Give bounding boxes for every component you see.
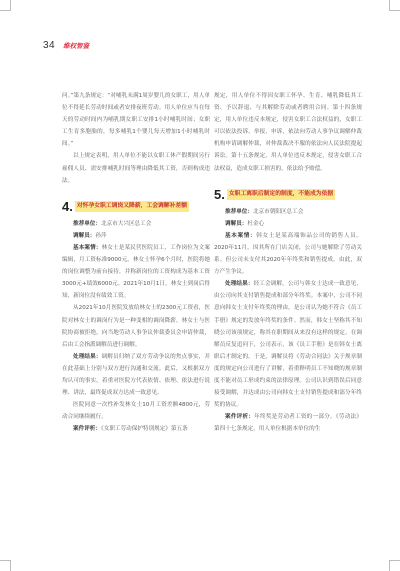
crop-mark-bottom-left	[0, 560, 11, 571]
analysis-label: 案件评析：	[73, 426, 101, 432]
page-number: 34	[43, 40, 55, 51]
mediator-value: 杜金心	[247, 221, 264, 227]
right-column: 规定，用人单位不得因女职工怀孕、生育、哺乳降低其工资、予以辞退、与其解除劳动或者…	[214, 90, 362, 435]
case-number: 5.	[214, 189, 225, 201]
page-header: 34 维权智鉴	[43, 40, 89, 51]
mediator-line: 调解员：杜金心	[214, 218, 362, 230]
result-label: 处理结果：	[225, 281, 254, 287]
case-heading: 4. 对怀孕女职工调岗又降薪，工会调解补差额	[62, 200, 210, 214]
crop-mark-bottom-right	[389, 560, 400, 571]
facts-paragraph: 基本案情：韩女士是某高端饰品公司的销售人员。2020年11月，因其所在门店关闭，…	[214, 230, 362, 278]
analysis-text: 《女职工劳动保护特别规定》第五条	[101, 426, 188, 432]
result-text: 调解员归纳了双方劳动争议的焦点事实，并在此基础上分别与双方进行沟通和交流。此后，…	[62, 354, 210, 396]
facts-paragraph: 从2021年10月医院发放给林女士的2300元工资看，医院对林女士的调岗行为是一…	[62, 302, 210, 350]
mediator-label: 调解员：	[73, 233, 95, 239]
facts-paragraph: 基本案情：林女士是某民营医院员工，工作岗位为文案编辑，月工资标准9000元。林女…	[62, 242, 210, 302]
intro-paragraph: 问。”第九条规定：“对哺乳未满1周岁婴儿的女职工，用人单位不得延长劳动时间或者安…	[62, 90, 210, 150]
recommender-value: 北京市朝阳区总工会	[253, 209, 303, 215]
facts-text: 韩女士是某高端饰品公司的销售人员。2020年11月，因其所在门店关闭，公司与她解…	[214, 233, 362, 275]
recommender-label: 推荐单位：	[73, 221, 101, 227]
case-title: 对怀孕女职工调岗又降薪，工会调解补差额	[75, 201, 189, 212]
analysis-paragraph: 案件评析：年终奖是劳动者工资的一部分。《劳动法》第四十七条规定，用人单位根据本单…	[214, 411, 362, 435]
facts-label: 基本案情：	[73, 245, 102, 251]
recommender-label: 推荐单位：	[225, 209, 253, 215]
result-paragraph: 处理结果：调解员归纳了双方劳动争议的焦点事实，并在此基础上分别与双方进行沟通和交…	[62, 351, 210, 399]
analysis-paragraph: 案件评析：《女职工劳动保护特别规定》第五条	[62, 423, 210, 435]
analysis-label: 案件评析：	[225, 414, 254, 420]
facts-label: 基本案情：	[225, 233, 256, 239]
crop-mark-top-left	[0, 0, 11, 11]
intro-paragraph: 以上规定表明，用人单位不能以女职工休产假期间另行雇佣人员、需安排哺乳时间等理由降…	[62, 150, 210, 186]
result-label: 处理结果：	[73, 354, 102, 360]
journal-name: 维权智鉴	[63, 41, 89, 50]
crop-mark-top-right	[389, 0, 400, 11]
facts-text: 林女士是某民营医院员工，工作岗位为文案编辑，月工资标准9000元。林女士怀孕6个…	[62, 245, 210, 299]
result-paragraph: 处理结果：经工会调解，公司与韩女士达成一致意见，由公司向其支付销售提成和部分年终…	[214, 278, 362, 411]
result-paragraph: 医院同意一次性补发林女士10月工资差额4800元，劳动合同继续履行。	[62, 399, 210, 423]
mediator-label: 调解员：	[225, 221, 247, 227]
case-number: 4.	[62, 201, 73, 213]
mediator-line: 调解员：孙萍	[62, 230, 210, 242]
case-title: 女职工离职后制定的制度，不能成为依据	[227, 189, 335, 200]
recommender-line: 推荐单位：北京市朝阳区总工会	[214, 206, 362, 218]
recommender-line: 推荐单位：北京市大兴区总工会	[62, 218, 210, 230]
left-column: 问。”第九条规定：“对哺乳未满1周岁婴儿的女职工，用人单位不得延长劳动时间或者安…	[62, 90, 210, 435]
intro-paragraph: 规定，用人单位不得因女职工怀孕、生育、哺乳降低其工资、予以辞退、与其解除劳动或者…	[214, 90, 362, 175]
recommender-value: 北京市大兴区总工会	[101, 221, 151, 227]
mediator-value: 孙萍	[95, 233, 106, 239]
case-heading: 5. 女职工离职后制定的制度，不能成为依据	[214, 188, 362, 202]
result-text: 经工会调解，公司与韩女士达成一致意见，由公司向其支付销售提成和部分年终奖。本案中…	[214, 281, 362, 408]
